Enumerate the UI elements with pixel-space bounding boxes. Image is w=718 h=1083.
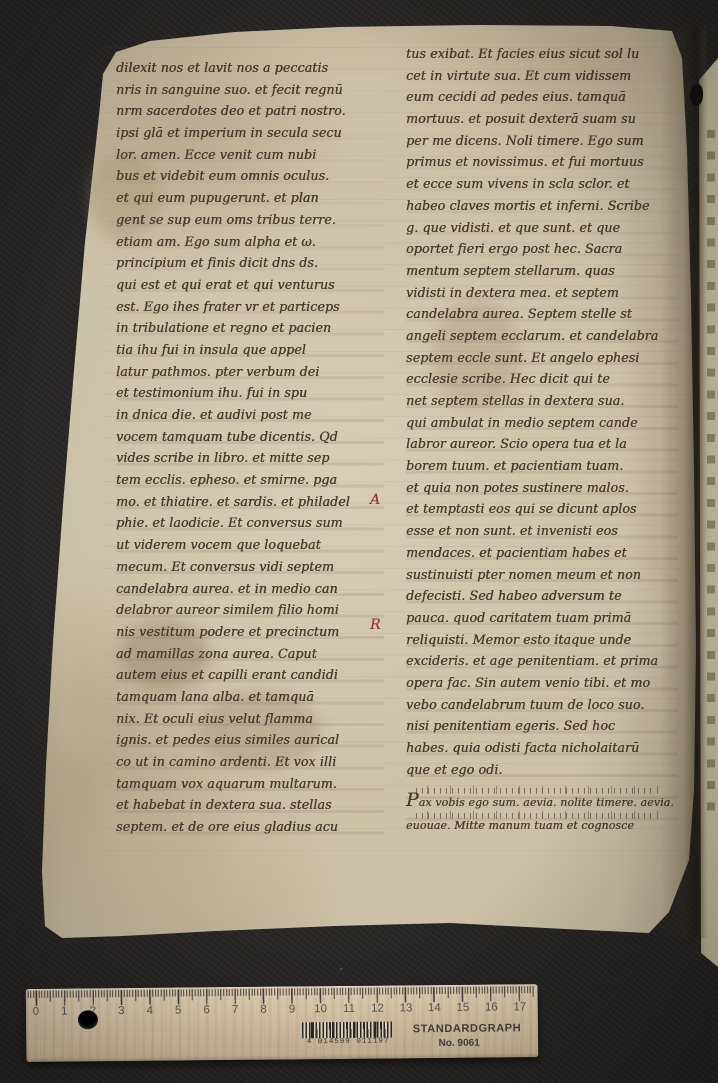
manuscript-line: co ut in camino ardenti. Et vox illi xyxy=(116,754,384,776)
manuscript-line: autem eius et capilli erant candidi xyxy=(116,667,384,689)
chant-text: Pax vobis ego sum. aevia. nolite timere.… xyxy=(406,794,678,809)
manuscript-line: nix. Et oculi eius velut flamma xyxy=(116,711,384,733)
manuscript-line: lor. amen. Ecce venit cum nubi xyxy=(116,147,384,169)
manuscript-line: reliquisti. Memor esto itaque unde xyxy=(406,632,678,654)
manuscript-line: qui est et qui erat et qui venturus xyxy=(116,277,384,299)
manuscript-line: ad mamillas zona aurea. Caput xyxy=(116,646,384,668)
manuscript-line: tamquam vox aquarum multarum. xyxy=(116,776,384,798)
manuscript-line: in dnica die. et audivi post me xyxy=(116,407,384,429)
manuscript-line: et quia non potes sustinere malos. xyxy=(406,480,678,502)
manuscript-line: mecum. Et conversus vidi septem xyxy=(116,559,384,581)
text-column-right-lines: tus exibat. Et facies eius sicut sol luc… xyxy=(406,46,678,783)
manuscript-line: per me dicens. Noli timere. Ego sum xyxy=(406,133,678,155)
ruler-cm-label: 9 xyxy=(284,1003,300,1015)
manuscript-line: angeli septem ecclarum. et candelabra xyxy=(406,328,678,350)
manuscript-line: delabror aureor similem filio homi xyxy=(116,602,384,624)
manuscript-line: vocem tamquam tube dicentis. Qd xyxy=(116,429,384,451)
manuscript-line: ipsi glā et imperium in secula secu xyxy=(116,125,384,147)
manuscript-line: sustinuisti pter nomen meum et non xyxy=(406,567,678,589)
manuscript-line: vebo candelabrum tuum de loco suo. xyxy=(406,697,678,719)
barcode xyxy=(302,1021,392,1038)
marginal-rubric-responsory-mark: R xyxy=(370,617,381,633)
manuscript-line: oportet fieri ergo post hec. Sacra xyxy=(406,241,678,263)
manuscript-line: cet in virtute sua. Et cum vidissem xyxy=(406,68,678,90)
manuscript-line: nis vestitum podere et precinctum xyxy=(116,624,384,646)
measuring-ruler: 01234567891011121314151617 4 014509 0111… xyxy=(26,984,539,1062)
ruler-cm-label: 0 xyxy=(28,1006,44,1018)
manuscript-line: et temptasti eos qui se dicunt aplos xyxy=(406,501,678,523)
manuscript-line: eum cecidi ad pedes eius. tamquā xyxy=(406,89,678,111)
chant-line: Pax vobis ego sum. aevia. nolite timere.… xyxy=(406,786,678,809)
manuscript-line: habes. quia odisti facta nicholaitarū xyxy=(406,740,678,762)
neume-notation-icon xyxy=(414,811,659,819)
manuscript-line: mortuus. et posuit dexterā suam su xyxy=(406,111,678,133)
text-column-left: dilexit nos et lavit nos a peccatisnris … xyxy=(116,60,384,841)
manuscript-line: tus exibat. Et facies eius sicut sol lu xyxy=(406,46,678,68)
chant-block: Pax vobis ego sum. aevia. nolite timere.… xyxy=(406,786,678,832)
manuscript-line: etiam am. Ego sum alpha et ω. xyxy=(116,234,384,256)
manuscript-line: ut viderem vocem que loquebat xyxy=(116,537,384,559)
manuscript-line: g. que vidisti. et que sunt. et que xyxy=(406,220,678,242)
manuscript-line: est. Ego ihes frater vr et particeps xyxy=(116,299,384,321)
manuscript-line: septem eccle sunt. Et angelo ephesi xyxy=(406,350,678,372)
manuscript-line: esse et non sunt. et invenisti eos xyxy=(406,523,678,545)
ruler-cm-label: 7 xyxy=(227,1004,243,1016)
ruler-cm-label: 3 xyxy=(113,1005,129,1017)
manuscript-line: ignis. et pedes eius similes aurical xyxy=(116,732,384,754)
ruler-cm-label: 15 xyxy=(455,1002,471,1014)
ruler-hanging-hole xyxy=(78,1010,98,1029)
manuscript-line: nisi penitentiam egeris. Sed hoc xyxy=(406,718,678,740)
ruler-cm-label: 12 xyxy=(369,1003,385,1015)
chant-line: euouae. Mitte manum tuam et cognosce xyxy=(406,811,678,832)
manuscript-line: phie. et laodicie. Et conversus sum xyxy=(116,515,384,537)
manuscript-line: candelabra aurea. Septem stelle st xyxy=(406,306,678,328)
ruler-cm-label: 11 xyxy=(341,1003,357,1015)
manuscript-line: net septem stellas in dextera sua. xyxy=(406,393,678,415)
manuscript-line: bus et videbit eum omnis oculus. xyxy=(116,168,384,190)
manuscript-line: candelabra aurea. et in medio can xyxy=(116,581,384,603)
manuscript-line: habeo claves mortis et inferni. Scribe xyxy=(406,198,678,220)
manuscript-line: et ecce sum vivens in scla sclor. et xyxy=(406,176,678,198)
ruler-cm-label: 16 xyxy=(483,1001,499,1013)
manuscript-line: nrm sacerdotes deo et patri nostro. xyxy=(116,103,384,125)
adjacent-folio-text-fragments xyxy=(707,130,715,820)
ruler-cm-label: 8 xyxy=(256,1004,272,1016)
manuscript-line: que et ego odi. xyxy=(406,762,678,784)
manuscript-line: primus et novissimus. et fui mortuus xyxy=(406,154,678,176)
manuscript-line: tem ecclis. epheso. et smirne. pga xyxy=(116,472,384,494)
manuscript-line: pauca. quod caritatem tuam primā xyxy=(406,610,678,632)
manuscript-line: mentum septem stellarum. quas xyxy=(406,263,678,285)
manuscript-line: principium et finis dicit dns ds. xyxy=(116,255,384,277)
manuscript-line: in tribulatione et regno et pacien xyxy=(116,320,384,342)
manuscript-line: vidisti in dextera mea. et septem xyxy=(406,285,678,307)
manuscript-line: qui ambulat in medio septem cande xyxy=(406,415,678,437)
barcode-digits: 4 014509 011197 xyxy=(292,1037,404,1046)
chant-text: euouae. Mitte manum tuam et cognosce xyxy=(406,819,678,832)
ruler-brand-label: STANDARDGRAPH xyxy=(406,1022,528,1035)
manuscript-photo: dilexit nos et lavit nos a peccatisnris … xyxy=(0,0,718,1083)
manuscript-line: et testimonium ihu. fui in spu xyxy=(116,385,384,407)
manuscript-line: et qui eum pupugerunt. et plan xyxy=(116,190,384,212)
text-column-right: tus exibat. Et facies eius sicut sol luc… xyxy=(406,46,678,834)
binding-notch xyxy=(690,84,703,106)
manuscript-line: latur pathmos. pter verbum dei xyxy=(116,364,384,386)
ruler-cm-label: 4 xyxy=(142,1005,158,1017)
manuscript-line: nris in sanguine suo. et fecit regnū xyxy=(116,82,384,104)
ruler-cm-label: 1 xyxy=(56,1006,72,1018)
manuscript-line: dilexit nos et lavit nos a peccatis xyxy=(116,60,384,82)
manuscript-line: vides scribe in libro. et mitte sep xyxy=(116,450,384,472)
manuscript-line: gent se sup eum oms tribus terre. xyxy=(116,212,384,234)
ruler-model-label: No. 9061 xyxy=(406,1037,512,1049)
manuscript-line: et habebat in dextera sua. stellas xyxy=(116,797,384,819)
marginal-rubric-antiphon-mark: A xyxy=(370,492,380,508)
manuscript-line: tamquam lana alba. et tamquā xyxy=(116,689,384,711)
ruler-cm-label: 6 xyxy=(199,1004,215,1016)
manuscript-line: septem. et de ore eius gladius acu xyxy=(116,819,384,841)
ruler-cm-label: 13 xyxy=(398,1002,414,1014)
manuscript-line: tia ihu fui in insula que appel xyxy=(116,342,384,364)
manuscript-line: excideris. et age penitentiam. et prima xyxy=(406,653,678,675)
manuscript-line: borem tuum. et pacientiam tuam. xyxy=(406,458,678,480)
neume-notation-icon xyxy=(414,786,659,794)
manuscript-line: labror aureor. Scio opera tua et la xyxy=(406,436,678,458)
manuscript-line: mendaces. et pacientiam habes et xyxy=(406,545,678,567)
manuscript-line: mo. et thiatire. et sardis. et philadel xyxy=(116,494,384,516)
manuscript-line: opera fac. Sin autem venio tibi. et mo xyxy=(406,675,678,697)
ruler-cm-label: 14 xyxy=(426,1002,442,1014)
ruler-cm-label: 5 xyxy=(170,1004,186,1016)
manuscript-line: defecisti. Sed habeo adversum te xyxy=(406,588,678,610)
ruler-cm-label: 10 xyxy=(312,1003,328,1015)
manuscript-line: ecclesie scribe. Hec dicit qui te xyxy=(406,371,678,393)
ruler-cm-label: 17 xyxy=(512,1001,528,1013)
